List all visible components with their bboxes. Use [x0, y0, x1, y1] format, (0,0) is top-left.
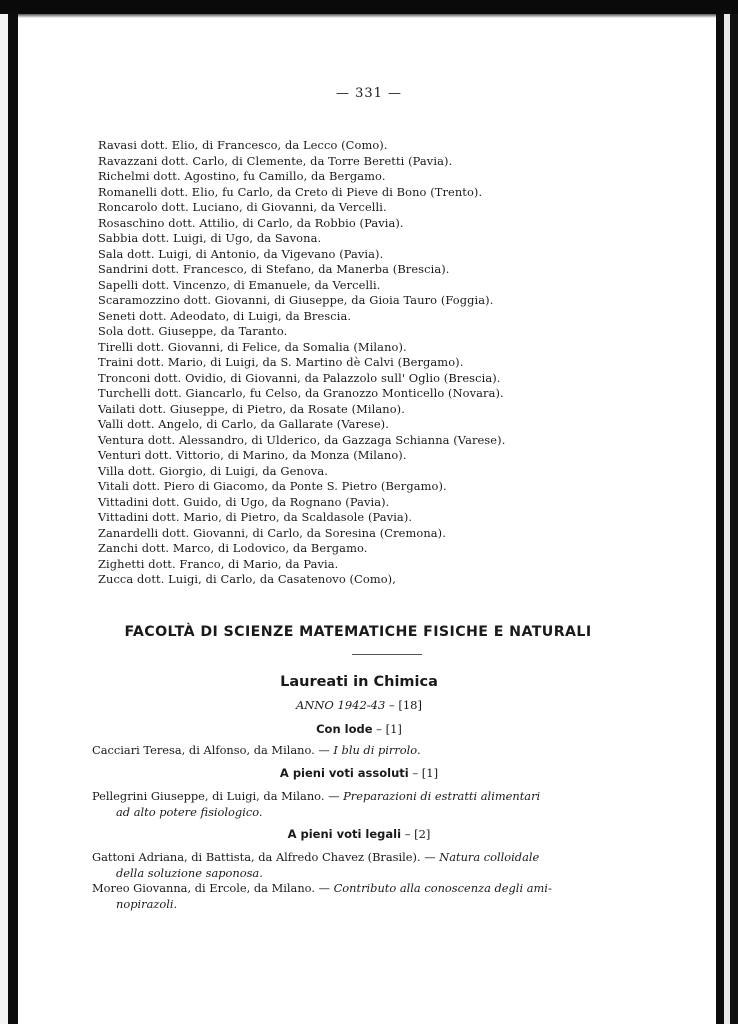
grade-heading-pieni-voti-assoluti: A pieni voti assoluti – [1] — [0, 766, 718, 780]
list-item: Ravasi dott. Elio, di Francesco, da Lecc… — [98, 138, 618, 154]
list-item: Vitali dott. Piero di Giacomo, da Ponte … — [98, 479, 618, 495]
thesis-title: Natura colloidale — [439, 850, 539, 864]
thesis-title: I blu di pirrolo. — [333, 743, 420, 757]
list-item: Vailati dott. Giuseppe, di Pietro, da Ro… — [98, 402, 618, 418]
list-item: Sabbia dott. Luigi, di Ugo, da Savona. — [98, 231, 618, 247]
list-item: Traini dott. Mario, di Luigi, da S. Mart… — [98, 355, 618, 371]
list-item: Zucca dott. Luigi, di Carlo, da Casateno… — [98, 572, 618, 588]
list-item: Rosaschino dott. Attilio, di Carlo, da R… — [98, 216, 618, 232]
list-item: Ravazzani dott. Carlo, di Clemente, da T… — [98, 154, 618, 170]
thesis-entry: Moreo Giovanna, di Ercole, da Milano. — … — [92, 881, 614, 912]
list-item: Tirelli dott. Giovanni, di Felice, da So… — [98, 340, 618, 356]
list-item: Turchelli dott. Giancarlo, fu Celso, da … — [98, 386, 618, 402]
list-item: Seneti dott. Adeodato, di Luigi, da Bres… — [98, 309, 618, 325]
list-item: Richelmi dott. Agostino, fu Camillo, da … — [98, 169, 618, 185]
list-item: Roncarolo dott. Luciano, di Giovanni, da… — [98, 200, 618, 216]
thesis-entry: Pellegrini Giuseppe, di Luigi, da Milano… — [92, 789, 614, 820]
graduate-name: Gattoni Adriana, di Battista, da Alfredo… — [92, 850, 439, 864]
grade-heading-con-lode: Con lode – [1] — [0, 722, 718, 736]
scan-border-top-shadow — [0, 14, 738, 18]
list-item: Valli dott. Angelo, di Carlo, da Gallara… — [98, 417, 618, 433]
scan-border-top — [0, 0, 738, 14]
scan-margin-left — [0, 14, 8, 1024]
graduate-name: Pellegrini Giuseppe, di Luigi, da Milano… — [92, 789, 343, 803]
year-count: – [18] — [385, 698, 422, 712]
thesis-entry: Gattoni Adriana, di Battista, da Alfredo… — [92, 850, 614, 881]
grade-title: A pieni voti legali — [288, 827, 401, 841]
faculty-heading: FACOLTÀ DI SCIENZE MATEMATICHE FISICHE E… — [88, 624, 628, 640]
list-item: Zanchi dott. Marco, di Lodovico, da Berg… — [98, 541, 618, 557]
list-item: Sola dott. Giuseppe, da Taranto. — [98, 324, 618, 340]
list-item: Romanelli dott. Elio, fu Carlo, da Creto… — [98, 185, 618, 201]
thesis-title: Contributo alla conoscenza degli ami- — [334, 881, 552, 895]
list-item: Sala dott. Luigi, di Antonio, da Vigevan… — [98, 247, 618, 263]
graduate-name: Moreo Giovanna, di Ercole, da Milano. — — [92, 881, 334, 895]
section-divider — [352, 654, 422, 655]
thesis-title-continued: della soluzione saponosa. — [92, 866, 614, 882]
grade-title: Con lode — [316, 722, 372, 736]
graduate-name: Cacciari Teresa, di Alfonso, da Milano. … — [92, 743, 333, 757]
page-number: — 331 — — [0, 86, 738, 101]
thesis-entry: Cacciari Teresa, di Alfonso, da Milano. … — [92, 743, 614, 759]
list-item: Ventura dott. Alessandro, di Ulderico, d… — [98, 433, 618, 449]
academic-year: ANNO 1942-43 – [18] — [0, 698, 718, 712]
grade-count: – [1] — [373, 722, 402, 736]
list-item: Tronconi dott. Ovidio, di Giovanni, da P… — [98, 371, 618, 387]
list-item: Zanardelli dott. Giovanni, di Carlo, da … — [98, 526, 618, 542]
year-label: ANNO 1942-43 — [296, 698, 385, 712]
thesis-title-continued: ad alto potere fisiologico. — [92, 805, 614, 821]
list-item: Zighetti dott. Franco, di Mario, da Pavi… — [98, 557, 618, 573]
grade-title: A pieni voti assoluti — [280, 766, 409, 780]
thesis-title-continued: nopirazoli. — [92, 897, 614, 913]
scan-border-right-outer — [730, 14, 738, 1024]
thesis-title: Preparazioni di estratti alimentari — [343, 789, 540, 803]
list-item: Sapelli dott. Vincenzo, di Emanuele, da … — [98, 278, 618, 294]
degree-heading: Laureati in Chimica — [0, 674, 718, 690]
list-item: Venturi dott. Vittorio, di Marino, da Mo… — [98, 448, 618, 464]
graduates-list: Ravasi dott. Elio, di Francesco, da Lecc… — [98, 138, 618, 588]
list-item: Vittadini dott. Guido, di Ugo, da Rognan… — [98, 495, 618, 511]
list-item: Sandrini dott. Francesco, di Stefano, da… — [98, 262, 618, 278]
grade-heading-pieni-voti-legali: A pieni voti legali – [2] — [0, 827, 718, 841]
grade-count: – [1] — [409, 766, 438, 780]
scan-border-right-inner — [716, 14, 724, 1024]
list-item: Scaramozzino dott. Giovanni, di Giuseppe… — [98, 293, 618, 309]
scan-border-left — [8, 14, 18, 1024]
grade-count: – [2] — [401, 827, 430, 841]
list-item: Villa dott. Giorgio, di Luigi, da Genova… — [98, 464, 618, 480]
list-item: Vittadini dott. Mario, di Pietro, da Sca… — [98, 510, 618, 526]
